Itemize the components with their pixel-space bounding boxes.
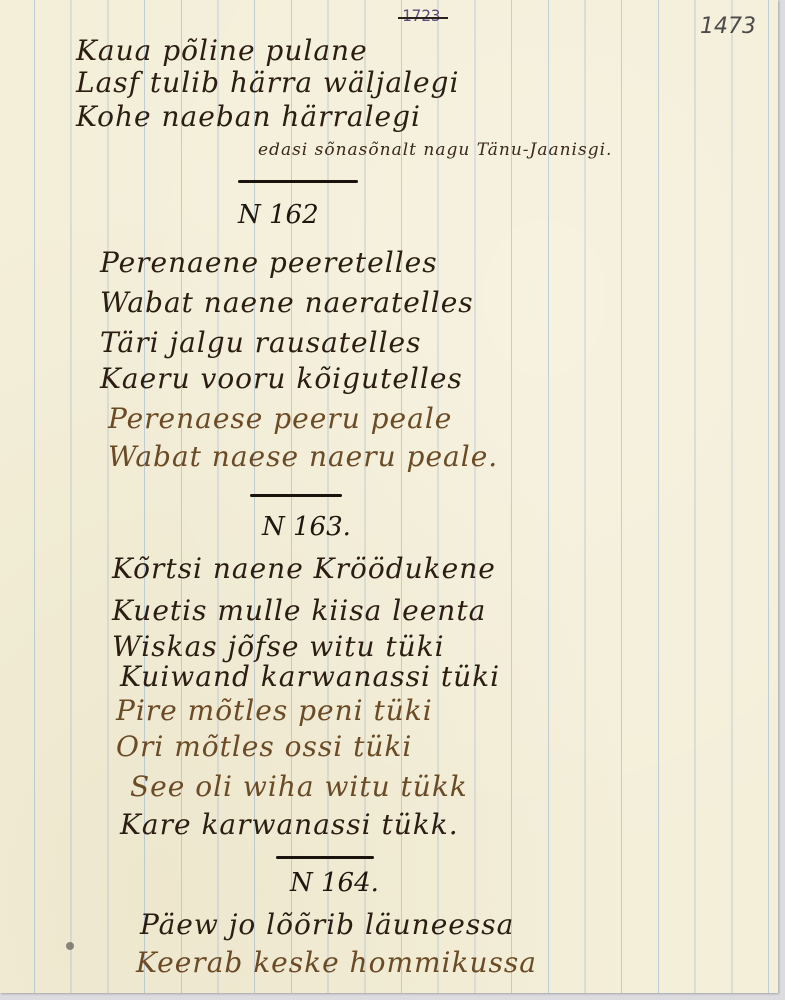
editorial-note: edasi sõnasõnalt nagu Tänu-Jaanisgi. xyxy=(258,140,612,160)
strike-through xyxy=(398,17,448,19)
page-number: 1473 xyxy=(700,14,756,39)
text-line: See oli wiha witu tükk xyxy=(130,770,468,803)
text-line: Wiskas jõfse witu tüki xyxy=(112,630,445,663)
text-line: Kohe naeban härralegi xyxy=(76,100,421,133)
section-divider xyxy=(238,180,358,183)
text-line: Perenaese peeru peale xyxy=(108,402,452,435)
text-line: Kaua põline pulane xyxy=(76,34,368,67)
song-number: N 162 xyxy=(238,200,319,230)
text-line: Kaeru vooru kõigutelles xyxy=(100,362,463,395)
text-line: Lasf tulib härra wäljalegi xyxy=(76,66,459,99)
text-line: Kare karwanassi tükk. xyxy=(120,808,459,841)
section-divider xyxy=(276,856,374,859)
manuscript-page: 1723 1473 Kaua põline pulane Lasf tulib … xyxy=(0,0,778,993)
song-number: N 163. xyxy=(262,512,351,542)
text-line: Kuiwand karwanassi tüki xyxy=(120,660,500,693)
song-number: N 164. xyxy=(290,868,379,898)
text-line: Täri jalgu rausatelles xyxy=(100,326,421,359)
text-line: Ori mõtles ossi tüki xyxy=(116,730,412,763)
text-line: Wabat naese naeru peale. xyxy=(108,440,498,473)
text-line: Pire mõtles peni tüki xyxy=(116,694,433,727)
text-line: Päew jo lõõrib läuneessa xyxy=(140,908,514,941)
text-line: Perenaene peeretelles xyxy=(100,246,438,279)
struck-archive-number: 1723 xyxy=(402,6,441,25)
text-line: Keerab keske hommikussa xyxy=(136,946,537,979)
text-line: Wabat naene naeratelles xyxy=(100,286,474,319)
ink-spot xyxy=(66,942,74,950)
section-divider xyxy=(250,494,342,497)
text-line: Kõrtsi naene Kröödukene xyxy=(112,552,496,585)
text-line: Kuetis mulle kiisa leenta xyxy=(112,594,486,627)
